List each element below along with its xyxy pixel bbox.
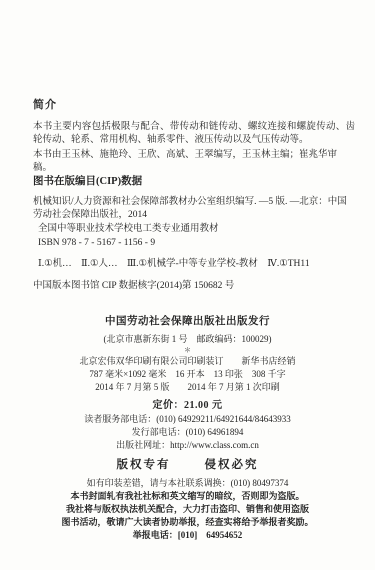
exchange-notice: 如有印装差错，请与本社联系调换：(010) 80497374: [0, 477, 375, 490]
cip-classification: Ⅰ.①机… Ⅱ.①人… Ⅲ.①机械学-中等专业学校-教材 Ⅳ.①TH11: [38, 258, 355, 271]
intro-section: 简介 本书主要内容包括极限与配合、带传动和链传动、螺纹连接和螺旋传动、齿轮传动、…: [33, 96, 355, 184]
cip-heading: 图书在版编目(CIP)数据: [33, 173, 355, 188]
cip-section: 图书在版编目(CIP)数据 机械知识/人力资源和社会保障部教材办公室组织编写. …: [33, 173, 355, 293]
edition-info: 2014 年 7 月第 5 版: [95, 381, 169, 394]
cip-isbn: ISBN 978 - 7 - 5167 - 1156 - 9: [38, 237, 355, 250]
printing-info: 2014 年 7 月第 1 次印刷: [188, 381, 280, 394]
copyright-section: 版权专有侵权必究 如有印装差错，请与本社联系调换：(010) 80497374 …: [0, 456, 375, 542]
cip-entry: 机械知识/人力资源和社会保障部教材办公室组织编写. —5 版. —北京：中国劳动…: [33, 196, 355, 222]
anti-piracy-warning-1: 本书封面轧有我社社标和英文缩写的暗纹，否则即为盗版。: [0, 490, 375, 503]
publisher-website: 出版社网址：http://www.class.com.cn: [0, 439, 375, 452]
publisher-address: (北京市惠新东街 1 号 邮政编码：100029): [0, 333, 375, 346]
distributor-name: 新华书店经销: [242, 355, 296, 368]
price: 定价：21.00 元: [0, 396, 375, 411]
cip-series: 全国中等职业技术学校电工类专业通用教材: [38, 223, 355, 236]
copyright-notice-left: 版权专有: [117, 459, 171, 471]
anti-piracy-warning-3: 图书活动，敬请广大读者协助举报，经查实将给予举报者奖励。: [0, 516, 375, 529]
report-phone: 举报电话：[010] 64954652: [0, 529, 375, 542]
anti-piracy-warning-2: 我社将与版权执法机关配合，大力打击盗印、销售和使用盗版: [0, 503, 375, 516]
distribution-phone: 发行部电话：(010) 64961894: [0, 426, 375, 439]
copyright-notice-right: 侵权必究: [205, 459, 259, 471]
edition-row: 2014 年 7 月第 5 版 2014 年 7 月第 1 次印刷: [0, 381, 375, 394]
printer-distributor-row: 北京宏伟双华印刷有限公司印刷装订 新华书店经销: [0, 355, 375, 368]
intro-heading: 简介: [33, 96, 355, 112]
section-divider-star: ＊: [0, 346, 375, 355]
book-summary: 本书主要内容包括极限与配合、带传动和链传动、螺纹连接和螺旋传动、齿轮传动、轮系、…: [33, 121, 355, 146]
printer-name: 北京宏伟双华印刷有限公司印刷装订: [79, 355, 223, 368]
reader-service-phone: 读者服务部电话：(010) 64929211/64921644/84643933: [0, 413, 375, 426]
book-authors: 本书由王玉林、施艳玲、王欣、高斌、王翠编写，王玉林主编；崔兆华审稿。: [33, 149, 355, 174]
book-format: 787 毫米×1092 毫米 16 开本 13 印张 308 千字: [0, 368, 375, 381]
copyright-notice: 版权专有侵权必究: [0, 456, 375, 472]
copyright-page: 简介 本书主要内容包括极限与配合、带传动和链传动、螺纹连接和螺旋传动、齿轮传动、…: [0, 0, 375, 570]
cip-record-number: 中国版本图书馆 CIP 数据核字(2014)第 150682 号: [33, 280, 355, 293]
publisher-name: 中国劳动社会保障出版社出版发行: [0, 313, 375, 328]
publisher-section: 中国劳动社会保障出版社出版发行 (北京市惠新东街 1 号 邮政编码：100029…: [0, 313, 375, 452]
